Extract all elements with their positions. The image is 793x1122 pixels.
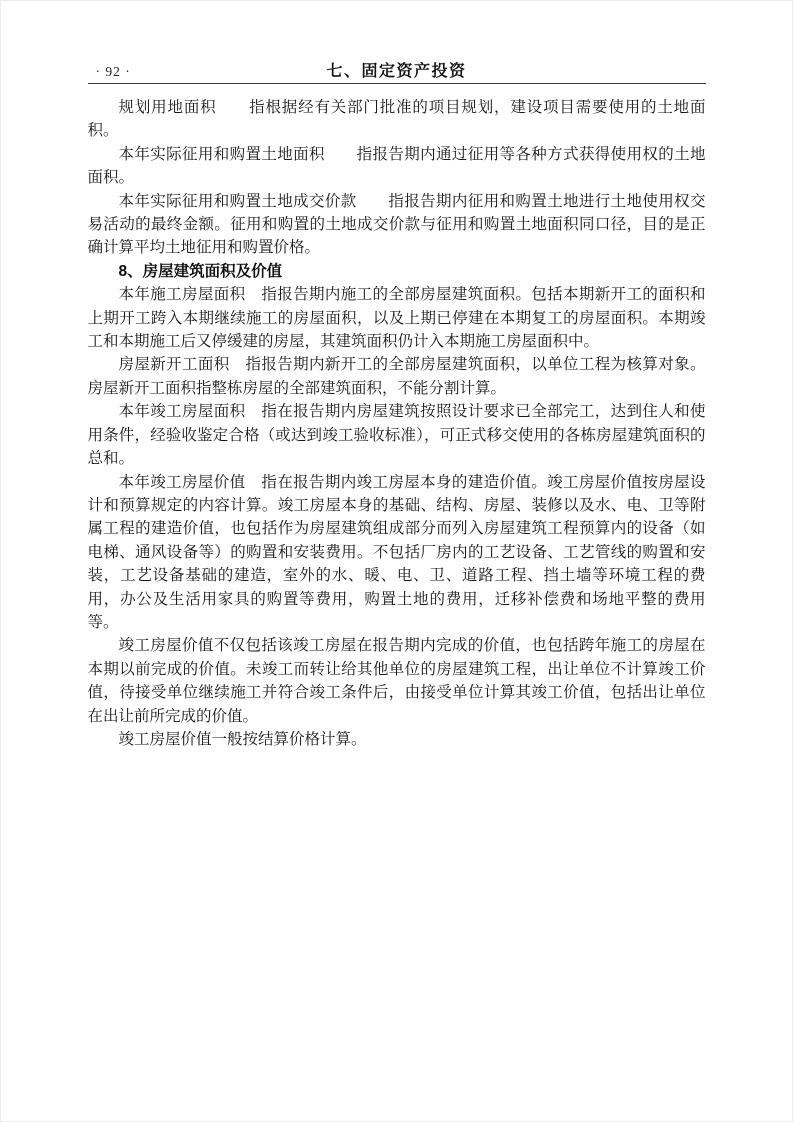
document-body: 规划用地面积 指根据经有关部门批准的项目规划，建设项目需要使用的土地面积。本年实… bbox=[88, 96, 706, 751]
paragraph: 竣工房屋价值不仅包括该竣工房屋在报告期内完成的价值，也包括跨年施工的房屋在本期以… bbox=[88, 634, 706, 728]
paragraph: 本年竣工房屋面积 指在报告期内房屋建筑按照设计要求已全部完工，达到住人和使用条件… bbox=[88, 400, 706, 470]
paragraph: 本年竣工房屋价值 指在报告期内竣工房屋本身的建造价值。竣工房屋价值按房屋设计和预… bbox=[88, 471, 706, 635]
paragraph: 规划用地面积 指根据经有关部门批准的项目规划，建设项目需要使用的土地面积。 bbox=[88, 96, 706, 143]
section-heading: 8、房屋建筑面积及价值 bbox=[88, 260, 706, 283]
document-page: · 92 · 七、固定资产投资 规划用地面积 指根据经有关部门批准的项目规划，建… bbox=[0, 0, 793, 1122]
paragraph: 本年实际征用和购置土地面积 指报告期内通过征用等各种方式获得使用权的土地面积。 bbox=[88, 143, 706, 190]
paragraph: 房屋新开工面积 指报告期内新开工的全部房屋建筑面积，以单位工程为核算对象。房屋新… bbox=[88, 353, 706, 400]
paragraph: 本年施工房屋面积 指报告期内施工的全部房屋建筑面积。包括本期新开工的面积和上期开… bbox=[88, 283, 706, 353]
page-content: · 92 · 七、固定资产投资 规划用地面积 指根据经有关部门批准的项目规划，建… bbox=[88, 1, 706, 751]
paragraph: 本年实际征用和购置土地成交价款 指报告期内征用和购置土地进行土地使用权交易活动的… bbox=[88, 190, 706, 260]
paragraph: 竣工房屋价值一般按结算价格计算。 bbox=[88, 728, 706, 751]
page-header: · 92 · 七、固定资产投资 bbox=[88, 58, 706, 84]
running-header-title: 七、固定资产投资 bbox=[88, 58, 706, 81]
